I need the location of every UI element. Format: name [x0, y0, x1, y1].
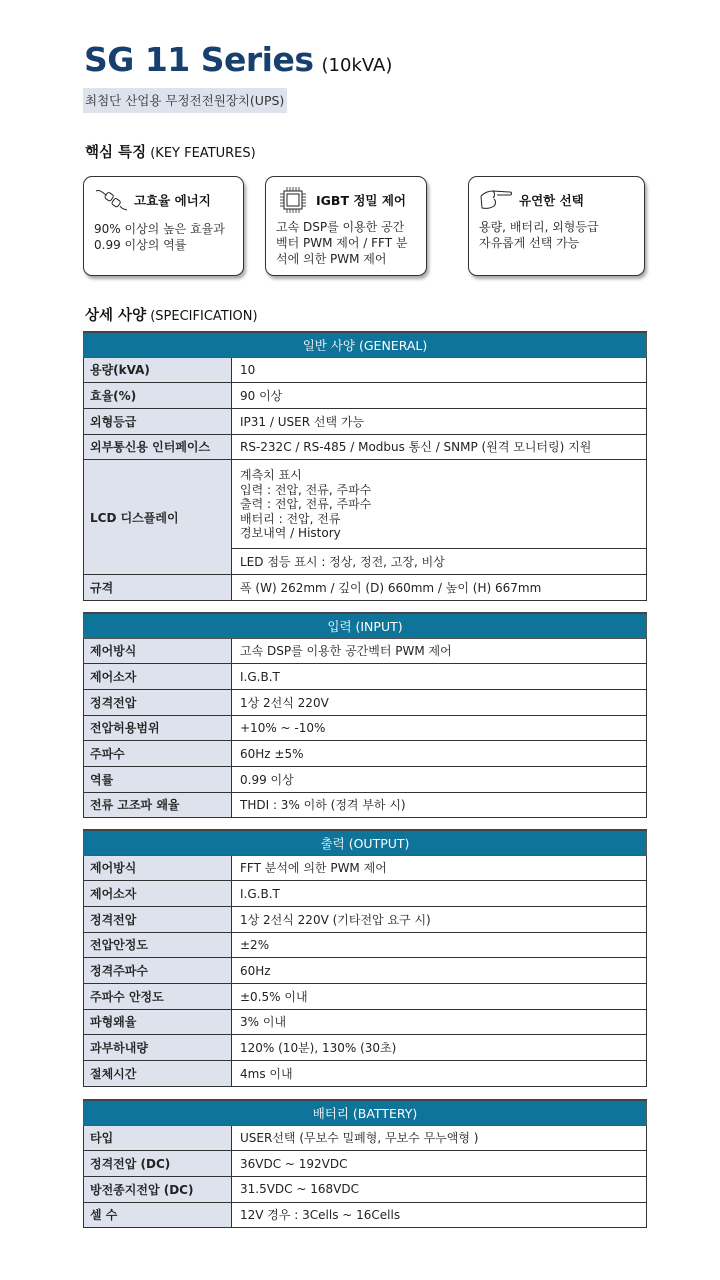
feature-description: 고속 DSP를 이용한 공간 벡터 PWM 제어 / FFT 분 석에 의한 P…: [276, 219, 416, 267]
row-label: 전압허용범위: [84, 715, 232, 741]
row-value: ±2%: [232, 932, 647, 958]
table-header: 배터리 (BATTERY): [84, 1100, 647, 1125]
row-value: 120% (10분), 130% (30초): [232, 1035, 647, 1061]
row-value: RS-232C / RS-485 / Modbus 통신 / SNMP (원격 …: [232, 434, 647, 460]
table-header: 출력 (OUTPUT): [84, 830, 647, 855]
spec-table-input: 입력 (INPUT) 제어방식고속 DSP를 이용한 공간벡터 PWM 제어 제…: [83, 612, 647, 818]
spec-table-output: 출력 (OUTPUT) 제어방식FFT 분석에 의한 PWM 제어 제어소자I.…: [83, 829, 647, 1087]
row-label: 방전종지전압 (DC): [84, 1176, 232, 1202]
table-row: 타입USER선택 (무보수 밀폐형, 무보수 무누액형 ): [84, 1125, 647, 1151]
product-title: SG 11 Series (10kVA): [84, 40, 392, 79]
row-label: 셀 수: [84, 1202, 232, 1228]
table-row: 외형등급IP31 / USER 선택 가능: [84, 408, 647, 434]
row-label: 용량(kVA): [84, 357, 232, 383]
specification-heading-ko: 상세 사양: [85, 308, 146, 324]
row-label: 정격전압: [84, 906, 232, 932]
table-row: 주파수60Hz ±5%: [84, 741, 647, 767]
table-row: 제어소자I.G.B.T: [84, 664, 647, 690]
row-value: THDI : 3% 이하 (정격 부하 시): [232, 792, 647, 818]
row-value: IP31 / USER 선택 가능: [232, 408, 647, 434]
row-value: FFT 분석에 의한 PWM 제어: [232, 855, 647, 881]
row-value: ±0.5% 이내: [232, 983, 647, 1009]
table-row: 주파수 안정도±0.5% 이내: [84, 983, 647, 1009]
row-label: 전압안정도: [84, 932, 232, 958]
table-row: LCD 디스플레이 계측치 표시 입력 : 전압, 전류, 주파수 출력 : 전…: [84, 460, 647, 549]
pointing-hand-icon: [479, 186, 513, 214]
feature-title: 유연한 선택: [519, 191, 584, 209]
table-row: 제어방식고속 DSP를 이용한 공간벡터 PWM 제어: [84, 638, 647, 664]
row-value: +10% ~ -10%: [232, 715, 647, 741]
table-row: 정격전압1상 2선식 220V (기타전압 요구 시): [84, 906, 647, 932]
row-label: 타입: [84, 1125, 232, 1151]
table-row: 효율(%)90 이상: [84, 383, 647, 409]
table-row: 셀 수12V 경우 : 3Cells ~ 16Cells: [84, 1202, 647, 1228]
table-row: 파형왜율3% 이내: [84, 1009, 647, 1035]
row-value: 60Hz: [232, 958, 647, 984]
row-value: 90 이상: [232, 383, 647, 409]
table-row: 정격전압1상 2선식 220V: [84, 689, 647, 715]
row-label: 제어소자: [84, 664, 232, 690]
specification-heading-en: (SPECIFICATION): [150, 309, 257, 324]
row-label: 제어소자: [84, 881, 232, 907]
key-features-heading-ko: 핵심 특징: [85, 145, 146, 161]
feature-title: 고효율 에너지: [134, 191, 211, 209]
row-label: 규격: [84, 574, 232, 600]
title-capacity: (10kVA): [322, 55, 393, 76]
table-header: 일반 사양 (GENERAL): [84, 332, 647, 357]
row-value: 폭 (W) 262mm / 깊이 (D) 660mm / 높이 (H) 667m…: [232, 574, 647, 600]
row-value: I.G.B.T: [232, 881, 647, 907]
row-label: 제어방식: [84, 855, 232, 881]
row-value: 계측치 표시 입력 : 전압, 전류, 주파수 출력 : 전압, 전류, 주파수…: [232, 460, 647, 549]
row-value: 1상 2선식 220V (기타전압 요구 시): [232, 906, 647, 932]
chip-icon: [276, 186, 310, 214]
feature-card-efficiency: 고효율 에너지 90% 이상의 높은 효율과 0.99 이상의 역률: [83, 176, 244, 276]
specification-heading: 상세 사양 (SPECIFICATION): [85, 304, 258, 325]
row-label: 정격전압: [84, 689, 232, 715]
plug-icon: [94, 186, 128, 214]
feature-card-igbt: IGBT 정밀 제어 고속 DSP를 이용한 공간 벡터 PWM 제어 / FF…: [265, 176, 427, 276]
row-label: 효율(%): [84, 383, 232, 409]
feature-title: IGBT 정밀 제어: [316, 191, 406, 209]
row-label: 파형왜율: [84, 1009, 232, 1035]
spec-table-general: 일반 사양 (GENERAL) 용량(kVA)10 효율(%)90 이상 외형등…: [83, 331, 647, 601]
table-row: 외부통신용 인터페이스RS-232C / RS-485 / Modbus 통신 …: [84, 434, 647, 460]
row-value: 0.99 이상: [232, 766, 647, 792]
feature-card-flexible: 유연한 선택 용량, 배터리, 외형등급 자유롭게 선택 가능: [468, 176, 645, 276]
row-value: 36VDC ~ 192VDC: [232, 1151, 647, 1177]
row-value: LED 점등 표시 : 정상, 정전, 고장, 비상: [232, 549, 647, 575]
spec-table-battery: 배터리 (BATTERY) 타입USER선택 (무보수 밀폐형, 무보수 무누액…: [83, 1099, 647, 1228]
table-row: 역률0.99 이상: [84, 766, 647, 792]
title-main: SG 11 Series: [84, 40, 314, 79]
table-row: 전류 고조파 왜율THDI : 3% 이하 (정격 부하 시): [84, 792, 647, 818]
table-row: 정격주파수60Hz: [84, 958, 647, 984]
row-label: LCD 디스플레이: [84, 460, 232, 575]
row-value: 12V 경우 : 3Cells ~ 16Cells: [232, 1202, 647, 1228]
row-label: 정격전압 (DC): [84, 1151, 232, 1177]
row-label: 주파수 안정도: [84, 983, 232, 1009]
row-label: 과부하내량: [84, 1035, 232, 1061]
feature-description: 90% 이상의 높은 효율과 0.99 이상의 역률: [94, 221, 233, 253]
table-row: 용량(kVA)10: [84, 357, 647, 383]
table-row: 전압안정도±2%: [84, 932, 647, 958]
table-row: 전압허용범위+10% ~ -10%: [84, 715, 647, 741]
row-value: I.G.B.T: [232, 664, 647, 690]
product-subtitle: 최첨단 산업용 무정전전원장치(UPS): [83, 88, 287, 113]
row-value: 3% 이내: [232, 1009, 647, 1035]
feature-description: 용량, 배터리, 외형등급 자유롭게 선택 가능: [479, 219, 634, 251]
row-value: USER선택 (무보수 밀폐형, 무보수 무누액형 ): [232, 1125, 647, 1151]
table-header: 입력 (INPUT): [84, 613, 647, 638]
key-features: 고효율 에너지 90% 이상의 높은 효율과 0.99 이상의 역률 IGBT …: [83, 176, 647, 277]
table-row: 제어소자I.G.B.T: [84, 881, 647, 907]
row-value: 60Hz ±5%: [232, 741, 647, 767]
table-row: 규격폭 (W) 262mm / 깊이 (D) 660mm / 높이 (H) 66…: [84, 574, 647, 600]
table-row: 제어방식FFT 분석에 의한 PWM 제어: [84, 855, 647, 881]
table-row: 방전종지전압 (DC)31.5VDC ~ 168VDC: [84, 1176, 647, 1202]
key-features-heading: 핵심 특징 (KEY FEATURES): [85, 141, 256, 162]
row-value: 10: [232, 357, 647, 383]
row-label: 역률: [84, 766, 232, 792]
row-value: 1상 2선식 220V: [232, 689, 647, 715]
row-label: 외부통신용 인터페이스: [84, 434, 232, 460]
row-value: 4ms 이내: [232, 1061, 647, 1087]
row-label: 주파수: [84, 741, 232, 767]
row-label: 정격주파수: [84, 958, 232, 984]
key-features-heading-en: (KEY FEATURES): [150, 146, 256, 161]
row-label: 절체시간: [84, 1061, 232, 1087]
row-label: 제어방식: [84, 638, 232, 664]
table-row: 절체시간4ms 이내: [84, 1061, 647, 1087]
row-label: 외형등급: [84, 408, 232, 434]
lcd-display-details: 계측치 표시 입력 : 전압, 전류, 주파수 출력 : 전압, 전류, 주파수…: [240, 464, 638, 545]
row-value: 고속 DSP를 이용한 공간벡터 PWM 제어: [232, 638, 647, 664]
row-label: 전류 고조파 왜율: [84, 792, 232, 818]
table-row: 과부하내량120% (10분), 130% (30초): [84, 1035, 647, 1061]
table-row: 정격전압 (DC)36VDC ~ 192VDC: [84, 1151, 647, 1177]
row-value: 31.5VDC ~ 168VDC: [232, 1176, 647, 1202]
